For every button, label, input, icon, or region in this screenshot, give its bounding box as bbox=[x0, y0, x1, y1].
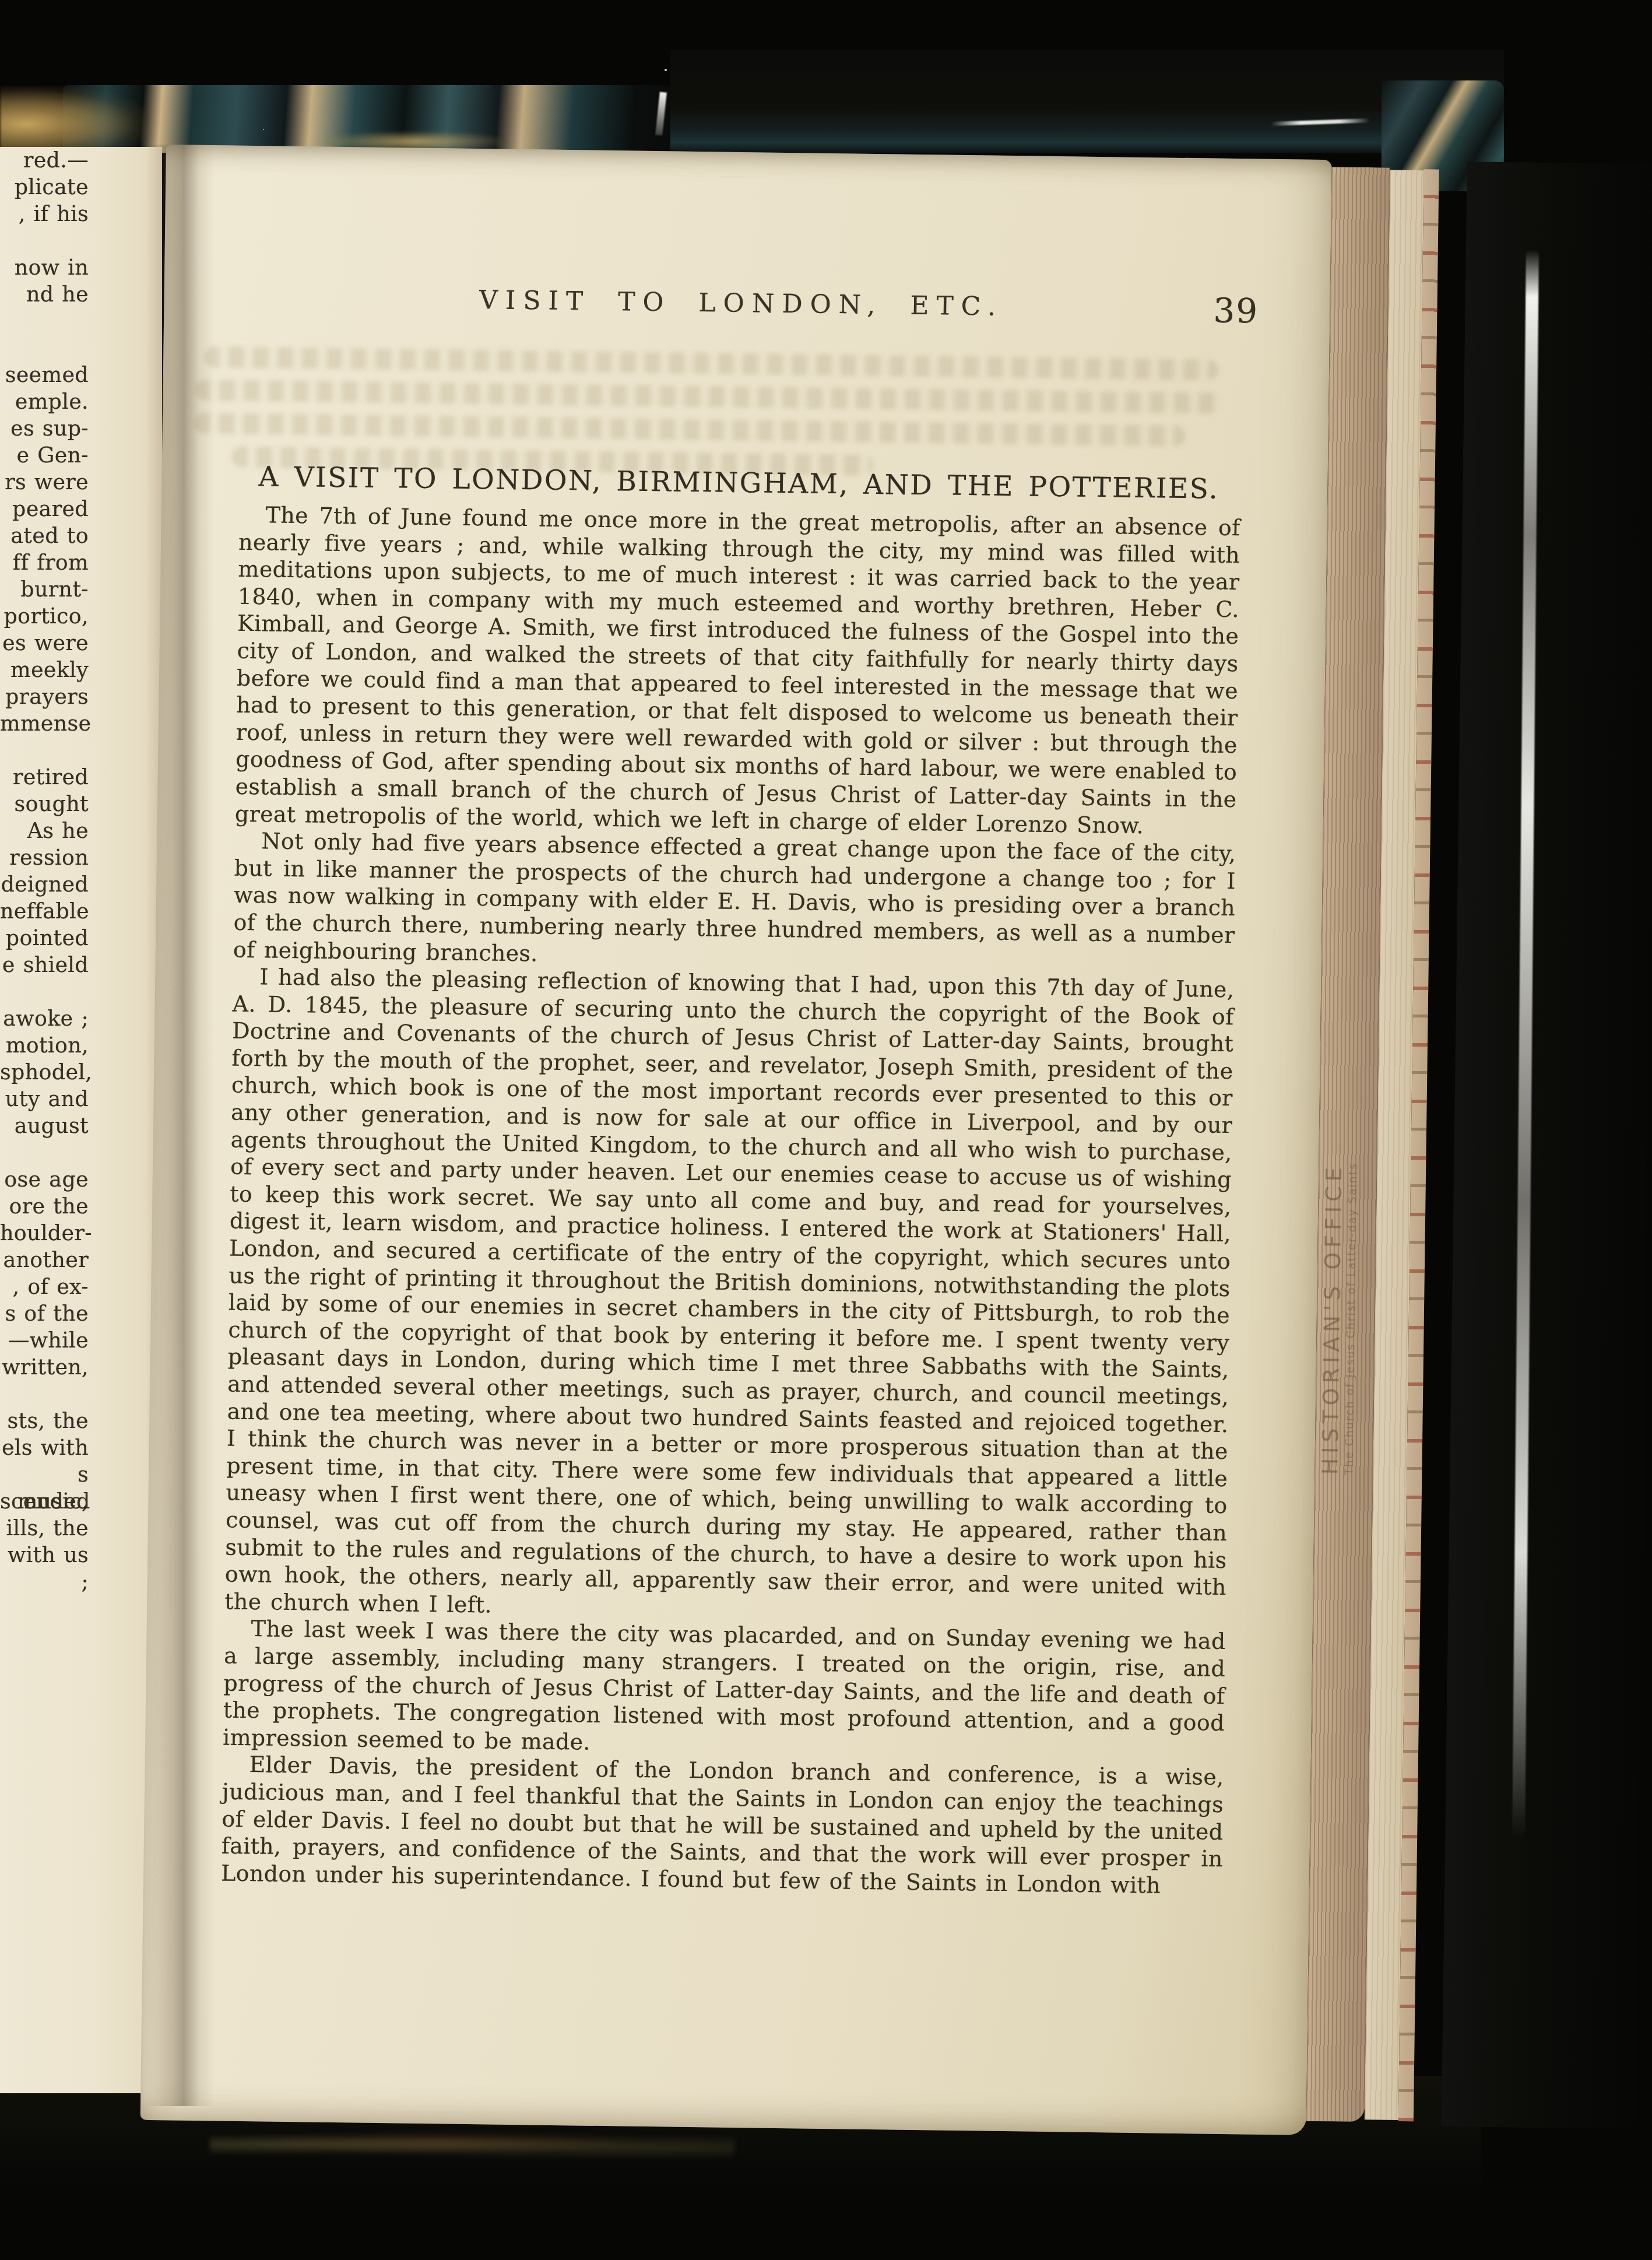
prev-page-line-fragment: awoke ; bbox=[0, 1005, 89, 1032]
prev-page-line-fragment: As he bbox=[0, 817, 89, 844]
prev-page-line-fragment: meekly bbox=[0, 657, 89, 683]
prev-page-line-fragment: e shield bbox=[0, 952, 89, 978]
prev-page-line-fragment: s of the bbox=[0, 1300, 89, 1327]
prev-page-line-fragment: , of ex- bbox=[0, 1273, 89, 1300]
prev-page-line-fragment: mmense bbox=[0, 710, 89, 737]
prev-page-line-fragment: written, bbox=[0, 1354, 89, 1381]
prev-page-line-fragment: red.— bbox=[0, 147, 89, 174]
prev-page-line-fragment: ore the bbox=[0, 1193, 89, 1220]
prev-page-line-fragment: motion, bbox=[0, 1032, 89, 1059]
previous-page-sliver: red.—plicate, if hisnow innd heseemedemp… bbox=[0, 147, 162, 2093]
prev-page-line-fragment: pointed bbox=[0, 925, 89, 952]
prev-page-line-fragment: e Gen- bbox=[0, 442, 89, 469]
prev-page-line-fragment: rs were bbox=[0, 469, 89, 496]
prev-page-line-fragment: burnt- bbox=[0, 576, 89, 603]
prev-page-line-fragment: seemed bbox=[0, 362, 89, 388]
prev-page-line-fragment: ose age bbox=[0, 1166, 89, 1193]
prev-page-line-fragment: es were bbox=[0, 630, 89, 657]
ink-bleedthrough bbox=[195, 380, 1221, 414]
cover-bottom-glints bbox=[210, 2131, 734, 2158]
prev-page-line-fragment: with us ; bbox=[0, 1542, 89, 1595]
open-book-page-block: HISTORIAN'S OFFICE The Church of Jesus C… bbox=[140, 145, 1506, 2145]
prev-page-line-fragment: es sup- bbox=[0, 415, 89, 442]
prev-page-line-fragment: ills, the bbox=[0, 1515, 89, 1542]
prev-page-line-fragment: another bbox=[0, 1247, 89, 1273]
prev-page-line-fragment: neffable bbox=[0, 898, 89, 925]
prev-page-line-fragment: uty and bbox=[0, 1086, 89, 1113]
paragraph: The last week I was there the city was p… bbox=[223, 1615, 1226, 1764]
prev-page-line-fragment: retired bbox=[0, 764, 89, 791]
ink-bleedthrough bbox=[204, 346, 1218, 381]
page-number: 39 bbox=[1213, 294, 1259, 328]
page-body-text: The 7th of June found me once more in th… bbox=[221, 501, 1240, 1900]
book-page: VISIT TO LONDON, ETC. 39 A VISIT TO LOND… bbox=[140, 145, 1332, 2135]
prev-page-line-fragment: nd he bbox=[0, 281, 89, 308]
prev-page-line-fragment: ated to bbox=[0, 522, 89, 549]
section-heading: A VISIT TO LONDON, BIRMINGHAM, AND THE P… bbox=[231, 463, 1246, 504]
ink-bleedthrough bbox=[195, 413, 1186, 447]
prev-page-line-fragment: , if his bbox=[0, 201, 89, 227]
worn-cover-corner bbox=[0, 86, 146, 155]
right-cover-board bbox=[1442, 162, 1652, 2129]
prev-page-line-fragment: ression bbox=[0, 844, 89, 871]
prev-page-line-fragment: portico, bbox=[0, 603, 89, 630]
prev-page-line-fragment: ff from bbox=[0, 549, 89, 576]
prev-page-line-fragment: els with bbox=[0, 1434, 89, 1461]
prev-page-line-fragment: august bbox=[0, 1113, 89, 1139]
prev-page-line-fragment: houlder- bbox=[0, 1220, 89, 1247]
prev-page-line-fragment: prayers bbox=[0, 683, 89, 710]
running-head: VISIT TO LONDON, ETC. bbox=[234, 285, 1248, 324]
prev-page-line-fragment: deigned bbox=[0, 871, 89, 898]
paragraph: The 7th of June found me once more in th… bbox=[235, 501, 1240, 841]
prev-page-line-fragment: sts, the bbox=[0, 1408, 89, 1434]
prev-page-line-fragment: —while bbox=[0, 1327, 89, 1354]
cover-top-edge-dark bbox=[670, 50, 1504, 153]
paragraph: I had also the pleasing reflection of kn… bbox=[224, 963, 1234, 1629]
prev-page-line-fragment: sphodel, bbox=[0, 1059, 89, 1086]
prev-page-line-fragment: plicate bbox=[0, 174, 89, 201]
paragraph: Not only had five years absence effected… bbox=[233, 827, 1236, 976]
paragraph: Elder Davis, the president of the London… bbox=[221, 1751, 1224, 1900]
scanned-book-photo: { "page": { "running_head": "VISIT TO LO… bbox=[0, 0, 1652, 2260]
prev-page-line-fragment: scended bbox=[0, 1488, 89, 1515]
prev-page-line-fragment: emple. bbox=[0, 388, 89, 415]
prev-page-line-fragment: peared bbox=[0, 496, 89, 522]
prev-page-line-fragment: now in bbox=[0, 254, 89, 281]
prev-page-line-fragment: sought bbox=[0, 791, 89, 817]
